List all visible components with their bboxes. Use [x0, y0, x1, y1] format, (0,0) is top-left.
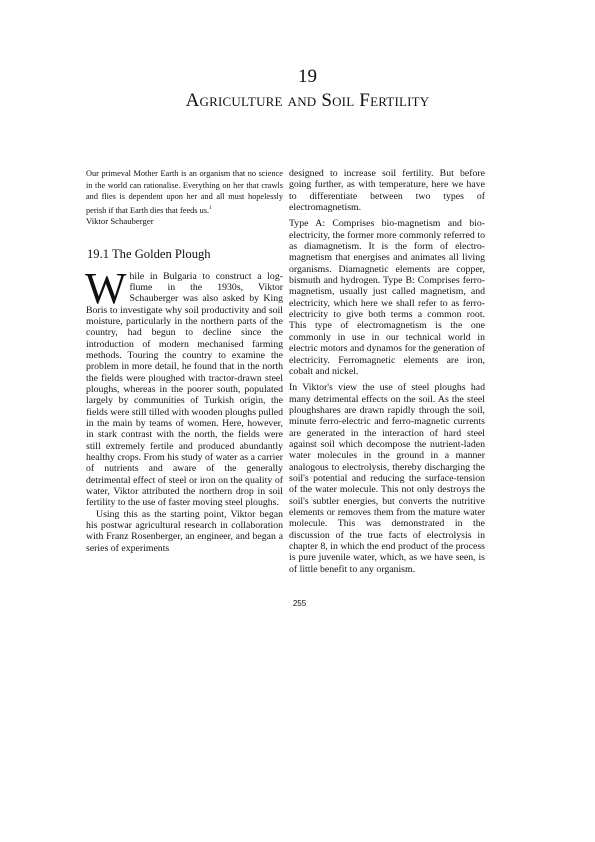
epigraph-attribution: Viktor Schauberger — [86, 216, 283, 228]
left-column: Our primeval Mother Earth is an organism… — [86, 168, 283, 554]
body-paragraph: While in Bulgaria to construct a log-flu… — [86, 271, 283, 509]
body-paragraph: In Viktor's view the use of steel plough… — [289, 382, 485, 575]
drop-cap: W — [85, 272, 127, 305]
footnote-marker[interactable]: 1 — [209, 205, 212, 211]
right-column: designed to increase soil fertility. But… — [289, 168, 485, 575]
body-paragraph: Type A: Comprises bio-magnetism and bio-… — [289, 218, 485, 377]
epigraph: Our primeval Mother Earth is an organism… — [86, 168, 283, 216]
section-heading: 19.1 The Golden Plough — [87, 247, 283, 262]
chapter-title: Agriculture and Soil Fertility — [0, 90, 595, 112]
page-number: 255 — [0, 599, 595, 608]
paragraph-text: hile in Bulgaria to construct a log-flum… — [86, 271, 283, 509]
body-paragraph: designed to increase soil fertility. But… — [289, 168, 485, 213]
epigraph-text: Our primeval Mother Earth is an organism… — [86, 169, 283, 215]
chapter-number: 19 — [0, 66, 595, 88]
body-paragraph: Using this as the starting point, Viktor… — [86, 509, 283, 554]
